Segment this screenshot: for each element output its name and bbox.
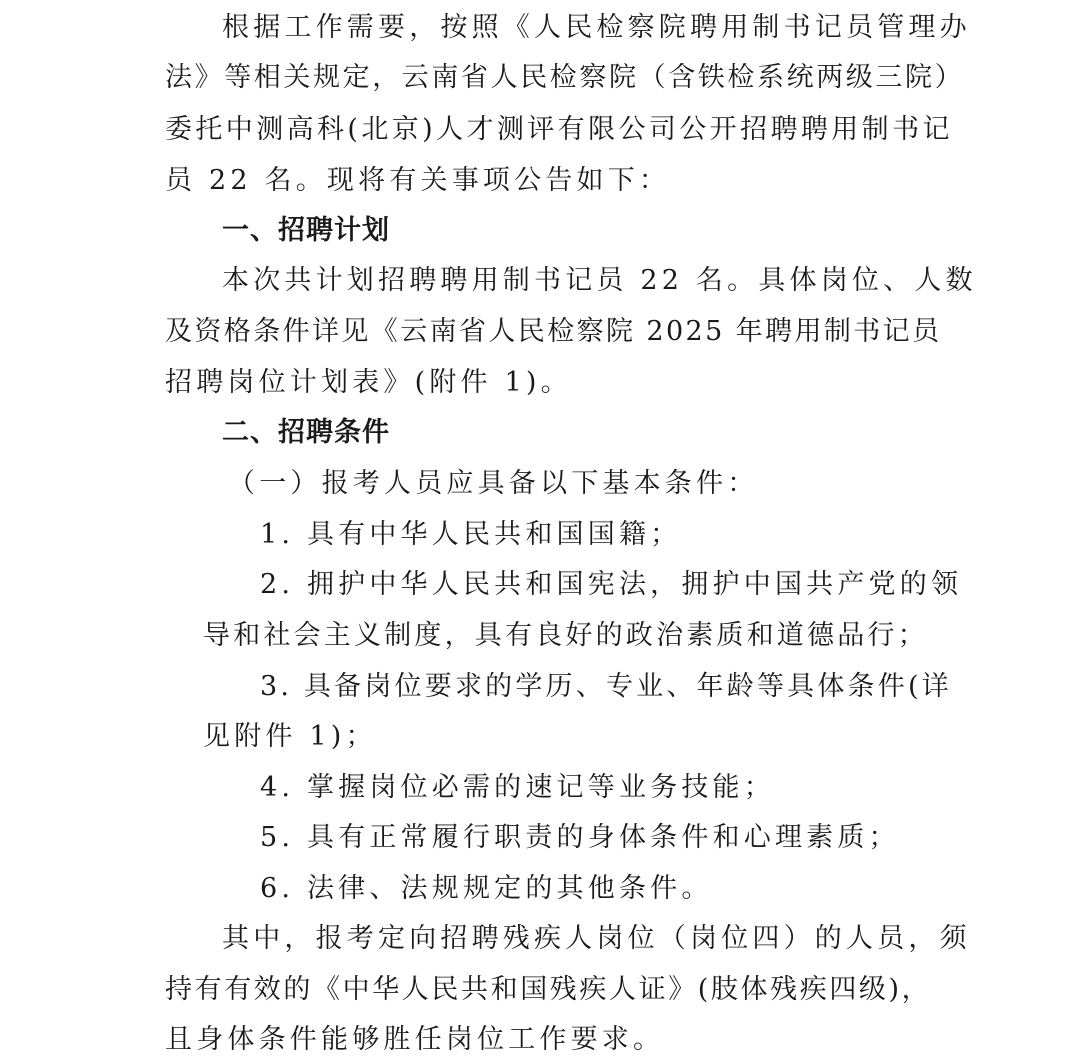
condition-item-6: 6. 法律、法规规定的其他条件。 [260,871,713,907]
intro-line-4: 员 22 名。现将有关事项公告如下： [165,163,670,199]
condition-item-2-cont: 导和社会主义制度，具有良好的政治素质和道德品行； [203,618,928,654]
section-heading-conditions: 二、招聘条件 [222,415,390,451]
intro-line-1: 根据工作需要，按照《人民检察院聘用制书记员管理办 [222,10,971,46]
plan-line-1: 本次共计划招聘聘用制书记员 22 名。具体岗位、人数 [222,263,977,299]
plan-line-2: 及资格条件详见《云南省人民检察院 2025 年聘用制书记员 [165,314,941,350]
condition-item-3: 3. 具备岗位要求的学历、专业、年龄等具体条件(详 [260,669,952,705]
plan-line-3: 招聘岗位计划表》(附件 1)。 [165,365,572,401]
condition-item-3-cont: 见附件 1)； [203,719,377,755]
condition-item-5: 5. 具有正常履行职责的身体条件和心理素质； [260,820,900,856]
note-line-1: 其中，报考定向招聘残疾人岗位（岗位四）的人员，须 [222,921,971,957]
note-line-2: 持有有效的《中华人民共和国残疾人证》(肢体残疾四级)， [165,972,931,1008]
conditions-subheading: （一）报考人员应具备以下基本条件： [228,466,758,502]
note-line-3: 且身体条件能够胜任岗位工作要求。 [165,1022,664,1058]
intro-line-2: 法》等相关规定，云南省人民检察院（含铁检系统两级三院） [165,60,964,96]
condition-item-1: 1. 具有中华人民共和国国籍； [260,517,681,553]
section-heading-plan: 一、招聘计划 [222,213,390,249]
intro-line-3: 委托中测高科(北京)人才测评有限公司公开招聘聘用制书记 [165,112,953,148]
condition-item-2: 2. 拥护中华人民共和国宪法，拥护中国共产党的领 [260,567,962,603]
condition-item-4: 4. 掌握岗位必需的速记等业务技能； [260,770,775,806]
